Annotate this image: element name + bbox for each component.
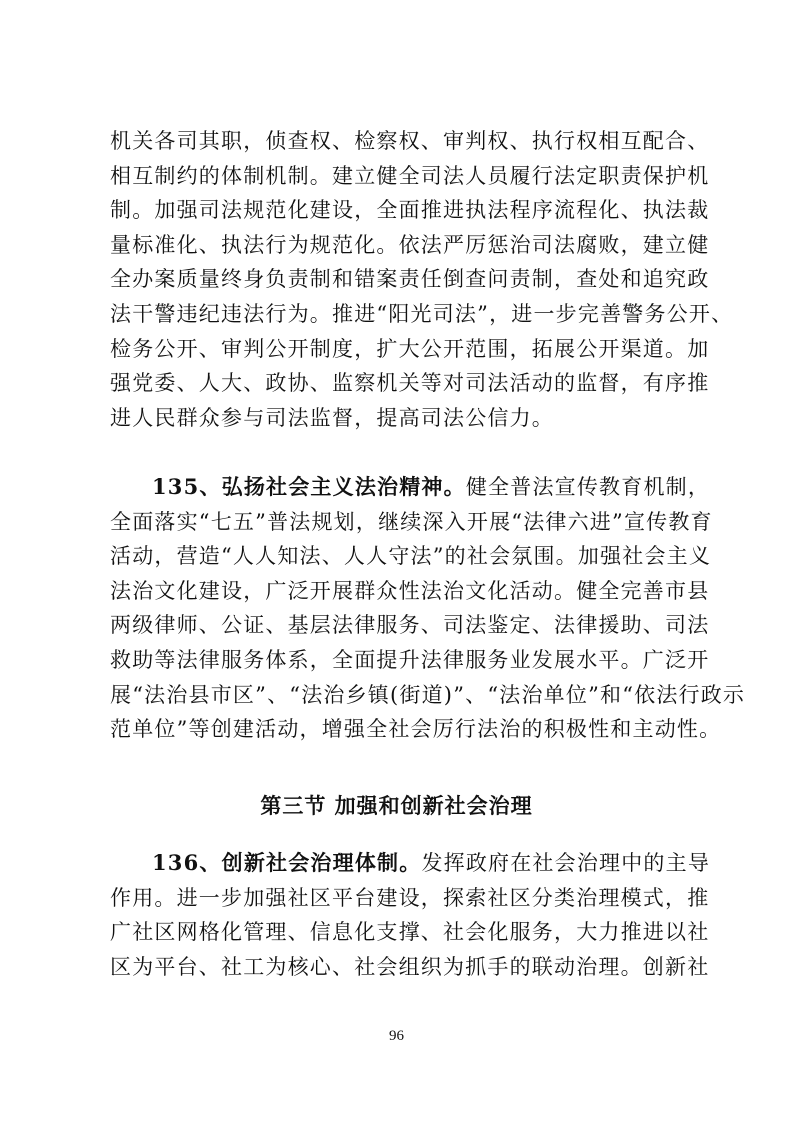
item-136-text-start: 发挥政府在社会治理中的主导 [421, 851, 710, 875]
text-line: 全面落实“七五”普法规划，继续深入开展“法律六进”宣传教育 [110, 505, 688, 540]
text-line: 相互制约的体制机制。建立健全司法人员履行法定职责保护机 [110, 159, 688, 194]
text-line: 检务公开、审判公开制度，扩大公开范围，拓展公开渠道。加 [110, 332, 688, 367]
page-number: 96 [0, 1028, 793, 1045]
document-page: 机关各司其职，侦查权、检察权、审判权、执行权相互配合、 相互制约的体制机制。建立… [0, 0, 793, 1122]
text-line: 活动，营造“人人知法、人人守法”的社会氛围。加强社会主义 [110, 539, 688, 574]
text-line: 广社区网格化管理、信息化支撑、社会化服务，大力推进以社 [110, 915, 688, 950]
paragraph-item-136: 136、创新社会治理体制。发挥政府在社会治理中的主导 作用。进一步加强社区平台建… [110, 846, 688, 984]
item-135-text-start: 健全普法宣传教育机制， [466, 475, 710, 499]
text-line: 救助等法律服务体系，全面提升法律服务业发展水平。广泛开 [110, 643, 688, 678]
item-136-title: 136、创新社会治理体制。 [152, 850, 421, 875]
text-line: 法干警违纪违法行为。推进“阳光司法”，进一步完善警务公开、 [110, 297, 688, 332]
text-line: 法治文化建设，广泛开展群众性法治文化活动。健全完善市县 [110, 574, 688, 609]
item-135-title: 135、弘扬社会主义法治精神。 [152, 474, 466, 499]
text-line: 制。加强司法规范化建设，全面推进执法程序流程化、执法裁 [110, 193, 688, 228]
text-line: 区为平台、社工为核心、社会组织为抓手的联动治理。创新社 [110, 950, 688, 985]
text-line: 机关各司其职，侦查权、检察权、审判权、执行权相互配合、 [110, 124, 688, 159]
paragraph-judicial-reform: 机关各司其职，侦查权、检察权、审判权、执行权相互配合、 相互制约的体制机制。建立… [110, 124, 688, 435]
text-line: 范单位”等创建活动，增强全社会厉行法治的积极性和主动性。 [110, 712, 688, 747]
item-136-first-line: 136、创新社会治理体制。发挥政府在社会治理中的主导 [110, 846, 688, 881]
text-line: 强党委、人大、政协、监察机关等对司法活动的监督，有序推 [110, 366, 688, 401]
item-135-first-line: 135、弘扬社会主义法治精神。健全普法宣传教育机制， [110, 470, 688, 505]
text-line: 量标准化、执法行为规范化。依法严厉惩治司法腐败，建立健 [110, 228, 688, 263]
text-line: 进人民群众参与司法监督，提高司法公信力。 [110, 401, 688, 436]
text-line: 作用。进一步加强社区平台建设，探索社区分类治理模式，推 [110, 881, 688, 916]
text-line: 全办案质量终身负责制和错案责任倒查问责制，查处和追究政 [110, 262, 688, 297]
text-line: 展“法治县市区”、“法治乡镇(街道)”、“法治单位”和“依法行政示 [110, 678, 688, 713]
section-heading: 第三节 加强和创新社会治理 [0, 790, 793, 820]
paragraph-item-135: 135、弘扬社会主义法治精神。健全普法宣传教育机制， 全面落实“七五”普法规划，… [110, 470, 688, 747]
text-line: 两级律师、公证、基层法律服务、司法鉴定、法律援助、司法 [110, 608, 688, 643]
